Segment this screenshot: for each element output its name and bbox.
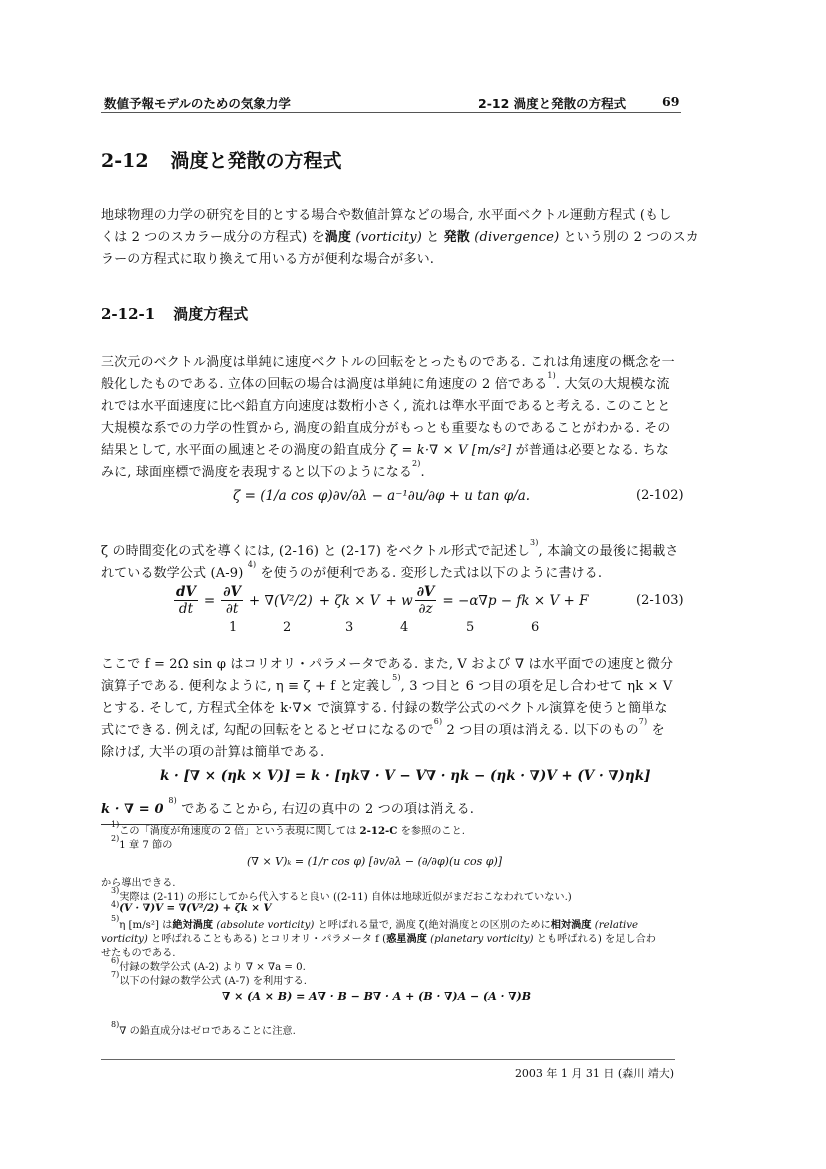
term-4-prefix: + w — [386, 593, 413, 609]
footer-date-author: 2003 年 1 月 31 日 (森川 靖大) — [515, 1065, 674, 1081]
section-title: 渦度と発散の方程式 — [171, 150, 342, 172]
para2-line-2-text: れている数学公式 (A-9) — [101, 566, 248, 581]
footnote-mark: 8) — [111, 1020, 119, 1029]
term-2: + ∇(V²/2) — [249, 593, 313, 609]
footnote-ref-4[interactable]: 4) — [248, 560, 257, 569]
subsection-number: 2-12-1 — [101, 305, 155, 323]
frac-num: ∂V — [221, 584, 243, 601]
footnote-ref-3[interactable]: 3) — [530, 538, 539, 547]
para1-line-2-tail: . 大気の大規模な流 — [556, 377, 670, 392]
footnote-5-line-1: 5)η [m/s²] は絶対渦度 (absolute vorticity) と呼… — [111, 916, 638, 931]
equation-2-103: dVdt = ∂V∂t + ∇(V²/2) + ζk × V + w ∂V∂z … — [172, 584, 588, 617]
para1-line-2-text: 般化したものである. 立体の回転の場合は渦度は単純に角速度の 2 倍である — [101, 377, 547, 392]
footnote-2-equation: (∇ × V)ₖ = (1/r cos φ) [∂v/∂λ − (∂/∂φ)(u… — [247, 855, 502, 868]
frac-num: dV — [174, 584, 198, 601]
header-rule — [101, 112, 681, 113]
fraction-partialV-partialz: ∂V∂z — [415, 584, 437, 617]
footnote-ref-1[interactable]: 1) — [547, 371, 556, 380]
footnote-ref-5[interactable]: 5) — [392, 673, 401, 682]
footnote-mark: 1) — [111, 820, 119, 829]
footnote-mark: 7) — [111, 970, 119, 979]
intro-conj: と — [422, 230, 444, 245]
page-number: 69 — [662, 94, 679, 109]
intro-line-2-text: くは 2 つのスカラー成分の方程式) を — [101, 230, 325, 245]
footnote-6: 6)付録の数学公式 (A-2) より ∇ × ∇a = 0. — [111, 958, 306, 973]
term-3: + ζk × V — [319, 593, 380, 609]
para3-line-1: ここで f = 2Ω sin φ はコリオリ・パラメータである. また, V お… — [101, 653, 673, 672]
section-number: 2-12 — [101, 150, 149, 172]
intro-line-3: ラーの方程式に取り換えて用いる方が便利な場合が多い. — [101, 248, 434, 267]
para1-period: . — [421, 465, 425, 480]
para4-line: k · ∇ = 0 8) であることから, 右辺の真中の 2 つの項は消える. — [101, 798, 474, 817]
vorticity-definition-math: ζ = k·∇ × V [m/s²] — [390, 443, 511, 458]
footnote-text: (V · ∇)V = ∇(V²/2) + ζk × V — [119, 902, 271, 914]
footnote-mark: 3) — [111, 886, 119, 895]
para3-line-4-end: を — [647, 723, 664, 738]
footnote-tail: を参照のこと. — [397, 826, 465, 837]
footnote-text: 1 章 7 節の — [119, 840, 172, 851]
para1-line-6-text: みに, 球面座標で渦度を表現すると以下のようになる — [101, 465, 412, 480]
para1-line-6: みに, 球面座標で渦度を表現すると以下のようになる2). — [101, 461, 425, 480]
footnote-ref-8[interactable]: 8) — [168, 796, 177, 805]
footnote-7: 7)以下の付録の数学公式 (A-7) を利用する. — [111, 972, 307, 987]
para3-line-4-tail: 2 つ目の項は消える. 以下のもの — [442, 723, 639, 738]
para3-line-4: 式にできる. 例えば, 勾配の回転をとるとゼロになるので6) 2 つ目の項は消え… — [101, 719, 665, 738]
footnote-bold-ref: 2-12-C — [360, 825, 398, 837]
fraction-dV-dt: dVdt — [174, 584, 198, 617]
footnote-mark: 4) — [111, 900, 119, 909]
running-header-book-title: 数値予報モデルのための気象力学 — [104, 94, 291, 112]
term-planetary-vorticity-en: (planetary vorticity) — [427, 934, 534, 945]
footnote-5-line-2: vorticity) と呼ばれることもある) とコリオリ・パラメータ f (惑星… — [101, 930, 656, 945]
equation-number-2-103: (2-103) — [636, 593, 684, 608]
section-heading: 2-12渦度と発散の方程式 — [101, 146, 342, 173]
equation-2-102: ζ = (1/a cos φ)∂v/∂λ − a⁻¹∂u/∂φ + u tan … — [233, 488, 530, 504]
para3-line-5: 除けば, 大半の項の計算は簡単である. — [101, 741, 324, 760]
footnote-7-equation: ∇ × (A × B) = A∇ · B − B∇ · A + (B · ∇)A… — [222, 990, 531, 1003]
term-label-1: 1 — [229, 620, 237, 635]
running-header-section: 2-12 渦度と発散の方程式 — [478, 94, 626, 112]
footnote-4: 4)(V · ∇)V = ∇(V²/2) + ζk × V — [111, 902, 271, 914]
para1-line-5-tail: が普通は必要となる. ちな — [511, 443, 669, 458]
footnote-ref-7[interactable]: 7) — [639, 717, 648, 726]
term-vorticity-en: (vorticity) — [355, 230, 422, 245]
footnote-1: 1)この「渦度が角速度の 2 倍」という表現に関しては 2-12-C を参照のこ… — [111, 822, 465, 837]
intro-line-1: 地球物理の力学の研究を目的とする場合や数値計算などの場合, 水平面ベクトル運動方… — [101, 204, 671, 223]
term-planetary-vorticity: 惑星渦度 — [386, 933, 427, 945]
term-divergence: 発散 — [444, 230, 470, 245]
footnote-8: 8)∇ の鉛直成分はゼロであることに注意. — [111, 1022, 296, 1037]
footer-rule — [101, 1059, 675, 1060]
para1-line-5-text: 結果として, 水平面の風速とその渦度の鉛直成分 — [101, 443, 390, 458]
fraction-partialV-partialt: ∂V∂t — [221, 584, 243, 617]
para3-line-3: とする. そして, 方程式全体を k·∇× で演算する. 付録の数学公式のベクト… — [101, 697, 668, 716]
para4-text: であることから, 右辺の真中の 2 つの項は消える. — [177, 802, 474, 817]
frac-den: ∂z — [417, 601, 435, 617]
para1-line-4: 大規模な系での力学の性質から, 渦度の鉛直成分がもっとも重要なものであることがわ… — [101, 417, 670, 436]
subsection-title: 渦度方程式 — [173, 305, 248, 323]
term-label-5: 5 — [466, 620, 474, 635]
footnote-ref-6[interactable]: 6) — [434, 717, 443, 726]
footnote-3: 3)実際は (2-11) の形にしてから代入すると良い ((2-11) 自体は地… — [111, 888, 572, 903]
para1-line-1: 三次元のベクトル渦度は単純に速度ベクトルの回転をとったものである. これは角速度… — [101, 351, 675, 370]
subsection-heading: 2-12-1渦度方程式 — [101, 303, 248, 324]
frac-den: dt — [177, 601, 195, 617]
para2-line-2: れている数学公式 (A-9) 4) を使うのが便利である. 変形した式は以下のよ… — [101, 562, 602, 581]
para1-line-2: 般化したものである. 立体の回転の場合は渦度は単純に角速度の 2 倍である1).… — [101, 373, 670, 392]
frac-den: ∂t — [224, 601, 240, 617]
equation-curl-expansion: k · [∇ × (ηk × V)] = k · [ηk∇ · V − V∇ ·… — [160, 768, 651, 784]
footnote-mark: 5) — [111, 914, 119, 923]
footnote-text: 以下の付録の数学公式 (A-7) を利用する. — [119, 976, 307, 987]
para2-line-1-text: ζ の時間変化の式を導くには, (2-16) と (2-17) をベクトル形式で… — [101, 544, 530, 559]
para1-line-5: 結果として, 水平面の風速とその渦度の鉛直成分 ζ = k·∇ × V [m/s… — [101, 439, 669, 458]
footnote-ref-2[interactable]: 2) — [412, 459, 421, 468]
term-label-2: 2 — [283, 620, 291, 635]
para2-line-1-tail: , 本論文の最後に掲載さ — [539, 544, 679, 559]
footnote-mark: 2) — [111, 834, 119, 843]
intro-line-2-tail: という別の 2 つのスカ — [559, 230, 699, 245]
para3-line-4-text: 式にできる. 例えば, 勾配の回転をとるとゼロになるので — [101, 723, 434, 738]
term-label-6: 6 — [531, 620, 539, 635]
para1-line-3: れでは水平面速度に比べ鉛直方向速度は数桁小さく, 流れは準水平面であると考える.… — [101, 395, 670, 414]
term-label-4: 4 — [400, 620, 408, 635]
rhs-terms: = −α∇p − fk × V + F — [442, 593, 588, 609]
equation-number-2-102: (2-102) — [636, 488, 684, 503]
para2-line-1: ζ の時間変化の式を導くには, (2-16) と (2-17) をベクトル形式で… — [101, 540, 679, 559]
intro-line-2: くは 2 つのスカラー成分の方程式) を渦度 (vorticity) と 発散 … — [101, 226, 699, 245]
footnote-text: ∇ の鉛直成分はゼロであることに注意. — [119, 1026, 296, 1037]
para3-line-2: 演算子である. 便利なように, η ≡ ζ + f と定義し5), 3 つ目と … — [101, 675, 672, 694]
para2-line-2-tail: を使うのが便利である. 変形した式は以下のように書ける. — [256, 566, 602, 581]
footnote-text: と呼ばれることもある) とコリオリ・パラメータ f ( — [148, 934, 386, 945]
term-vorticity: 渦度 — [325, 230, 351, 245]
para3-line-2-tail: , 3 つ目と 6 つ目の項を足し合わせて ηk × V — [401, 679, 673, 694]
footnote-2: 2)1 章 7 節の — [111, 836, 172, 851]
footnote-tail: とも呼ばれる) を足し合わ — [533, 934, 656, 945]
term-label-3: 3 — [345, 620, 353, 635]
frac-num: ∂V — [415, 584, 437, 601]
term-divergence-en: (divergence) — [474, 230, 559, 245]
para3-line-2-text: 演算子である. 便利なように, η ≡ ζ + f と定義し — [101, 679, 392, 694]
footnote-mark: 6) — [111, 956, 119, 965]
para4-math: k · ∇ = 0 — [101, 802, 168, 817]
equals-sign: = — [204, 593, 215, 609]
